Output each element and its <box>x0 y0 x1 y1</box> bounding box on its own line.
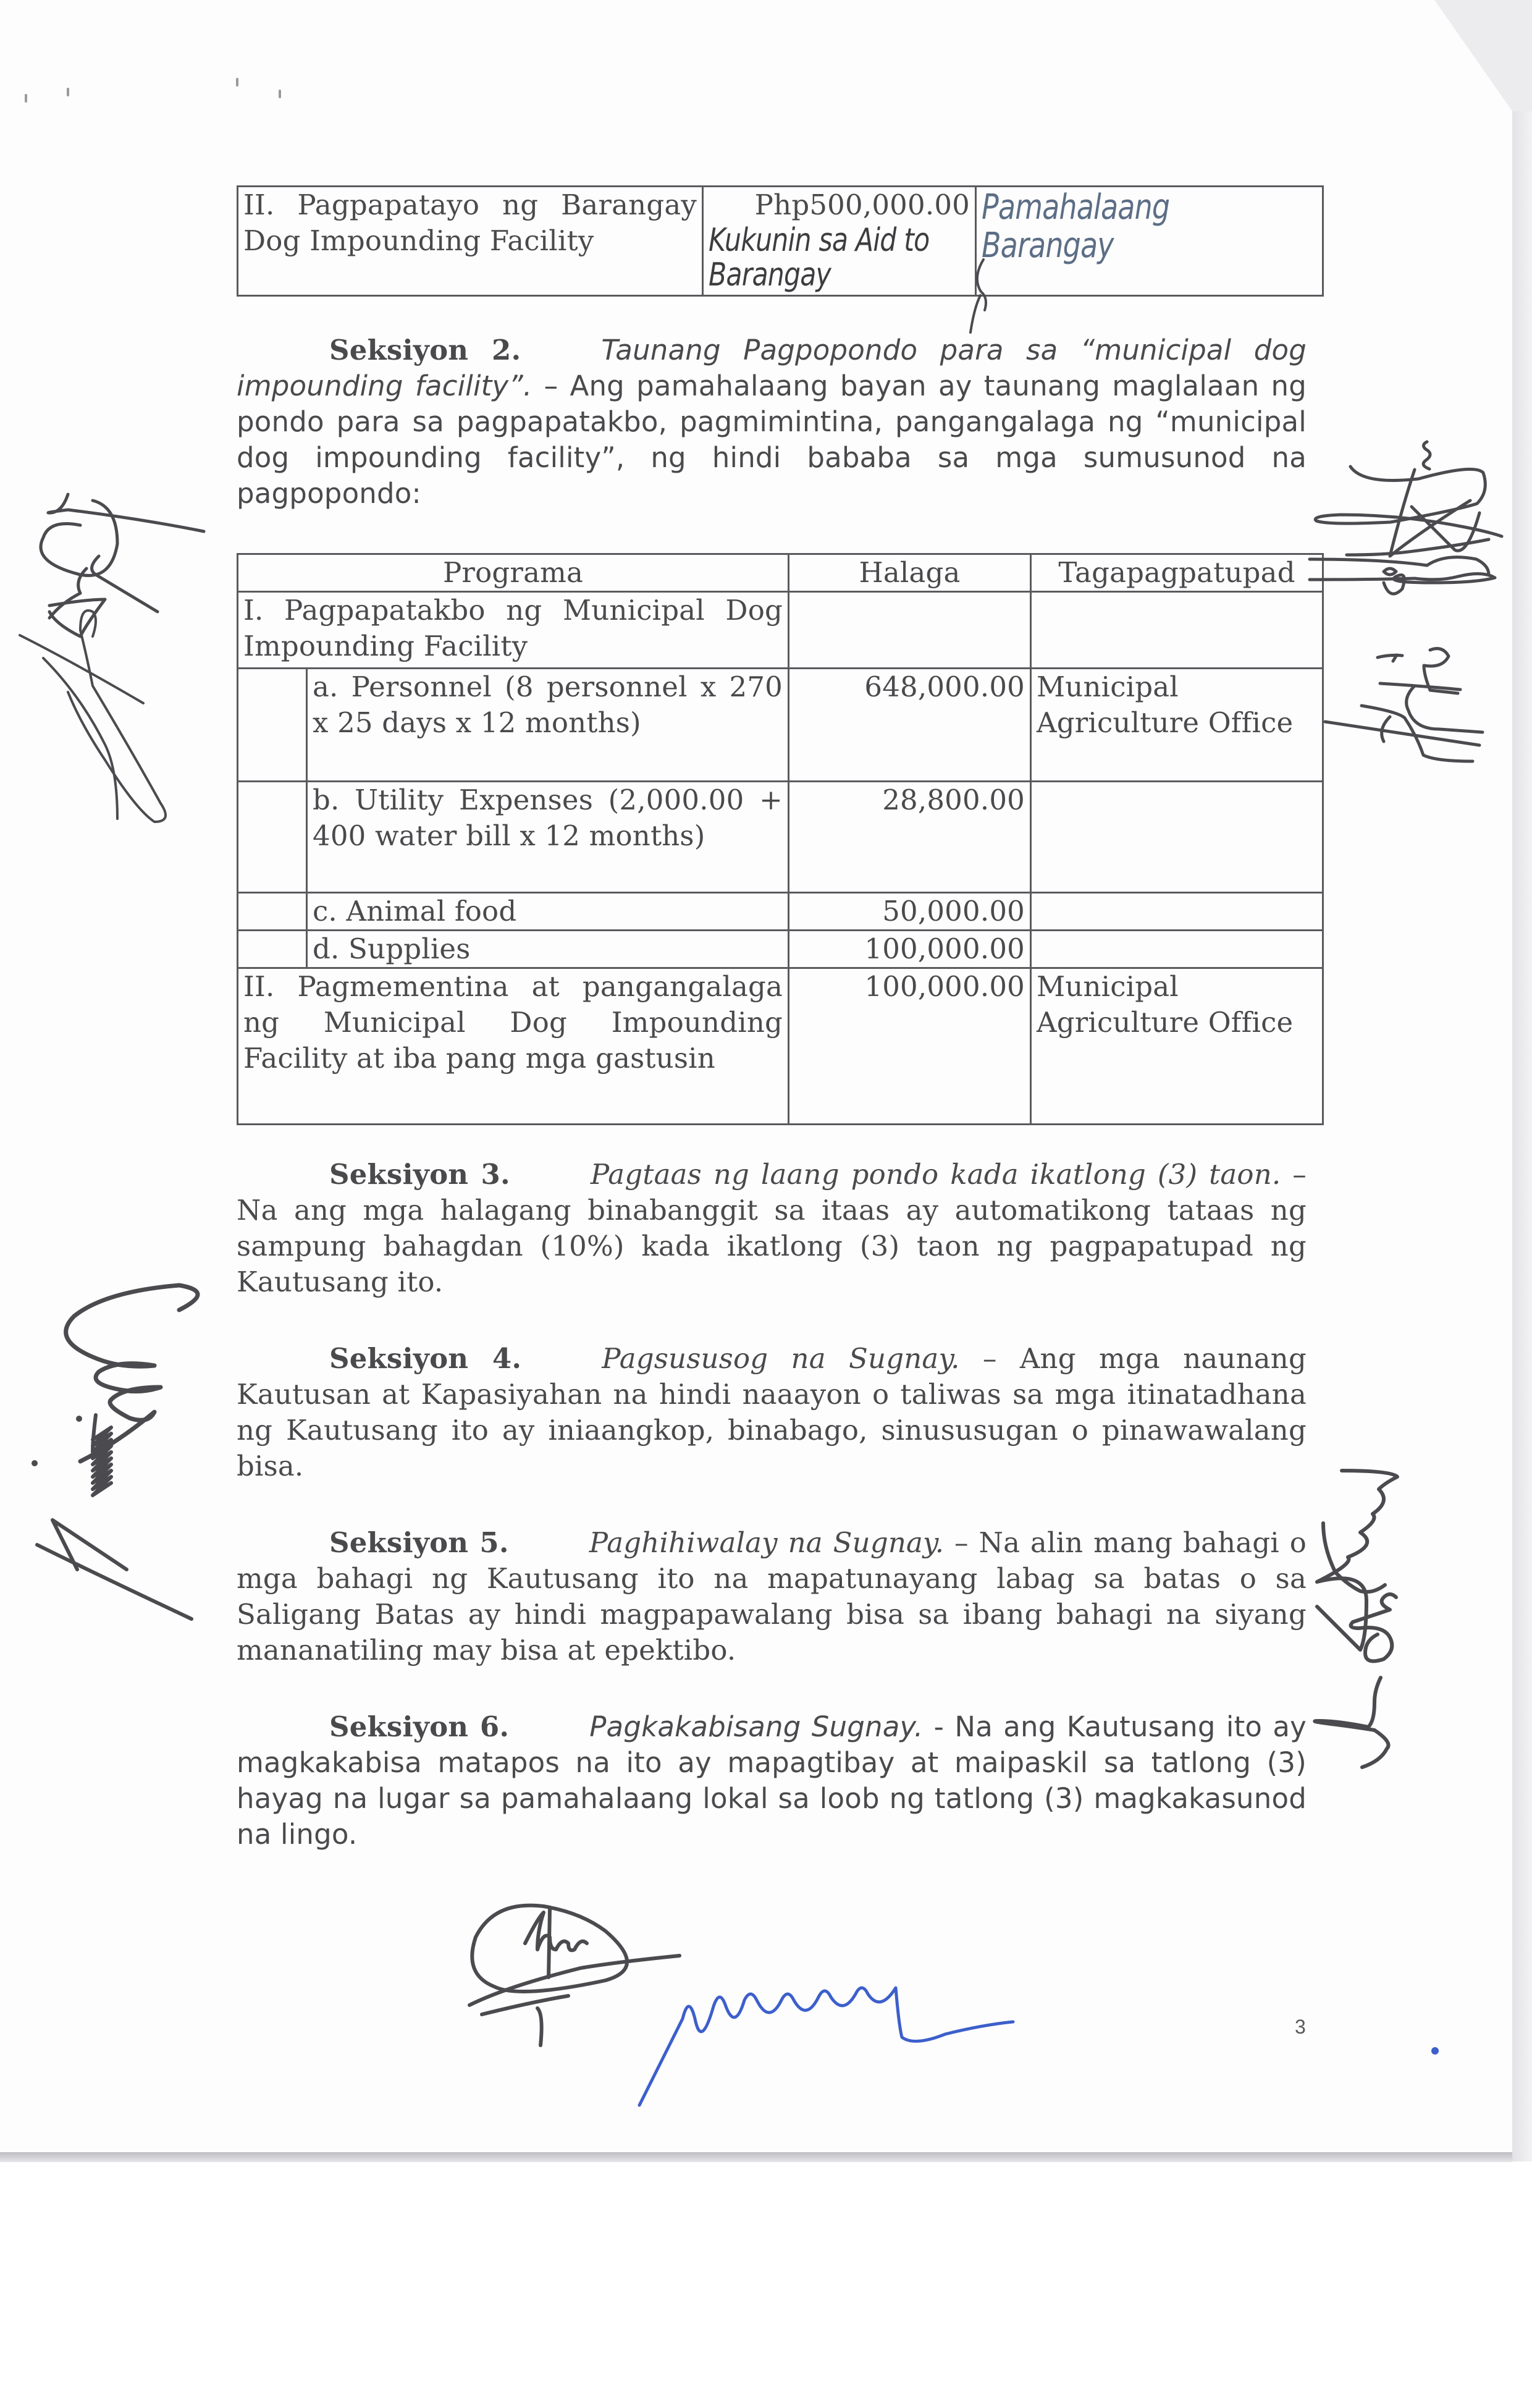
signature-initial-table <box>970 260 986 332</box>
signature-left-1 <box>41 494 204 636</box>
signature-left-3 <box>66 1285 198 1461</box>
signature-right-1 <box>1315 442 1502 556</box>
signature-right-3 <box>1325 649 1483 761</box>
signature-left-2 <box>20 610 166 822</box>
signature-bottom-blue <box>639 1988 1439 2105</box>
signatures-layer <box>0 0 1532 2408</box>
signature-left-4 <box>32 1415 192 1619</box>
signature-right-4 <box>1315 1471 1397 1767</box>
signature-bottom-black <box>469 1906 680 2045</box>
